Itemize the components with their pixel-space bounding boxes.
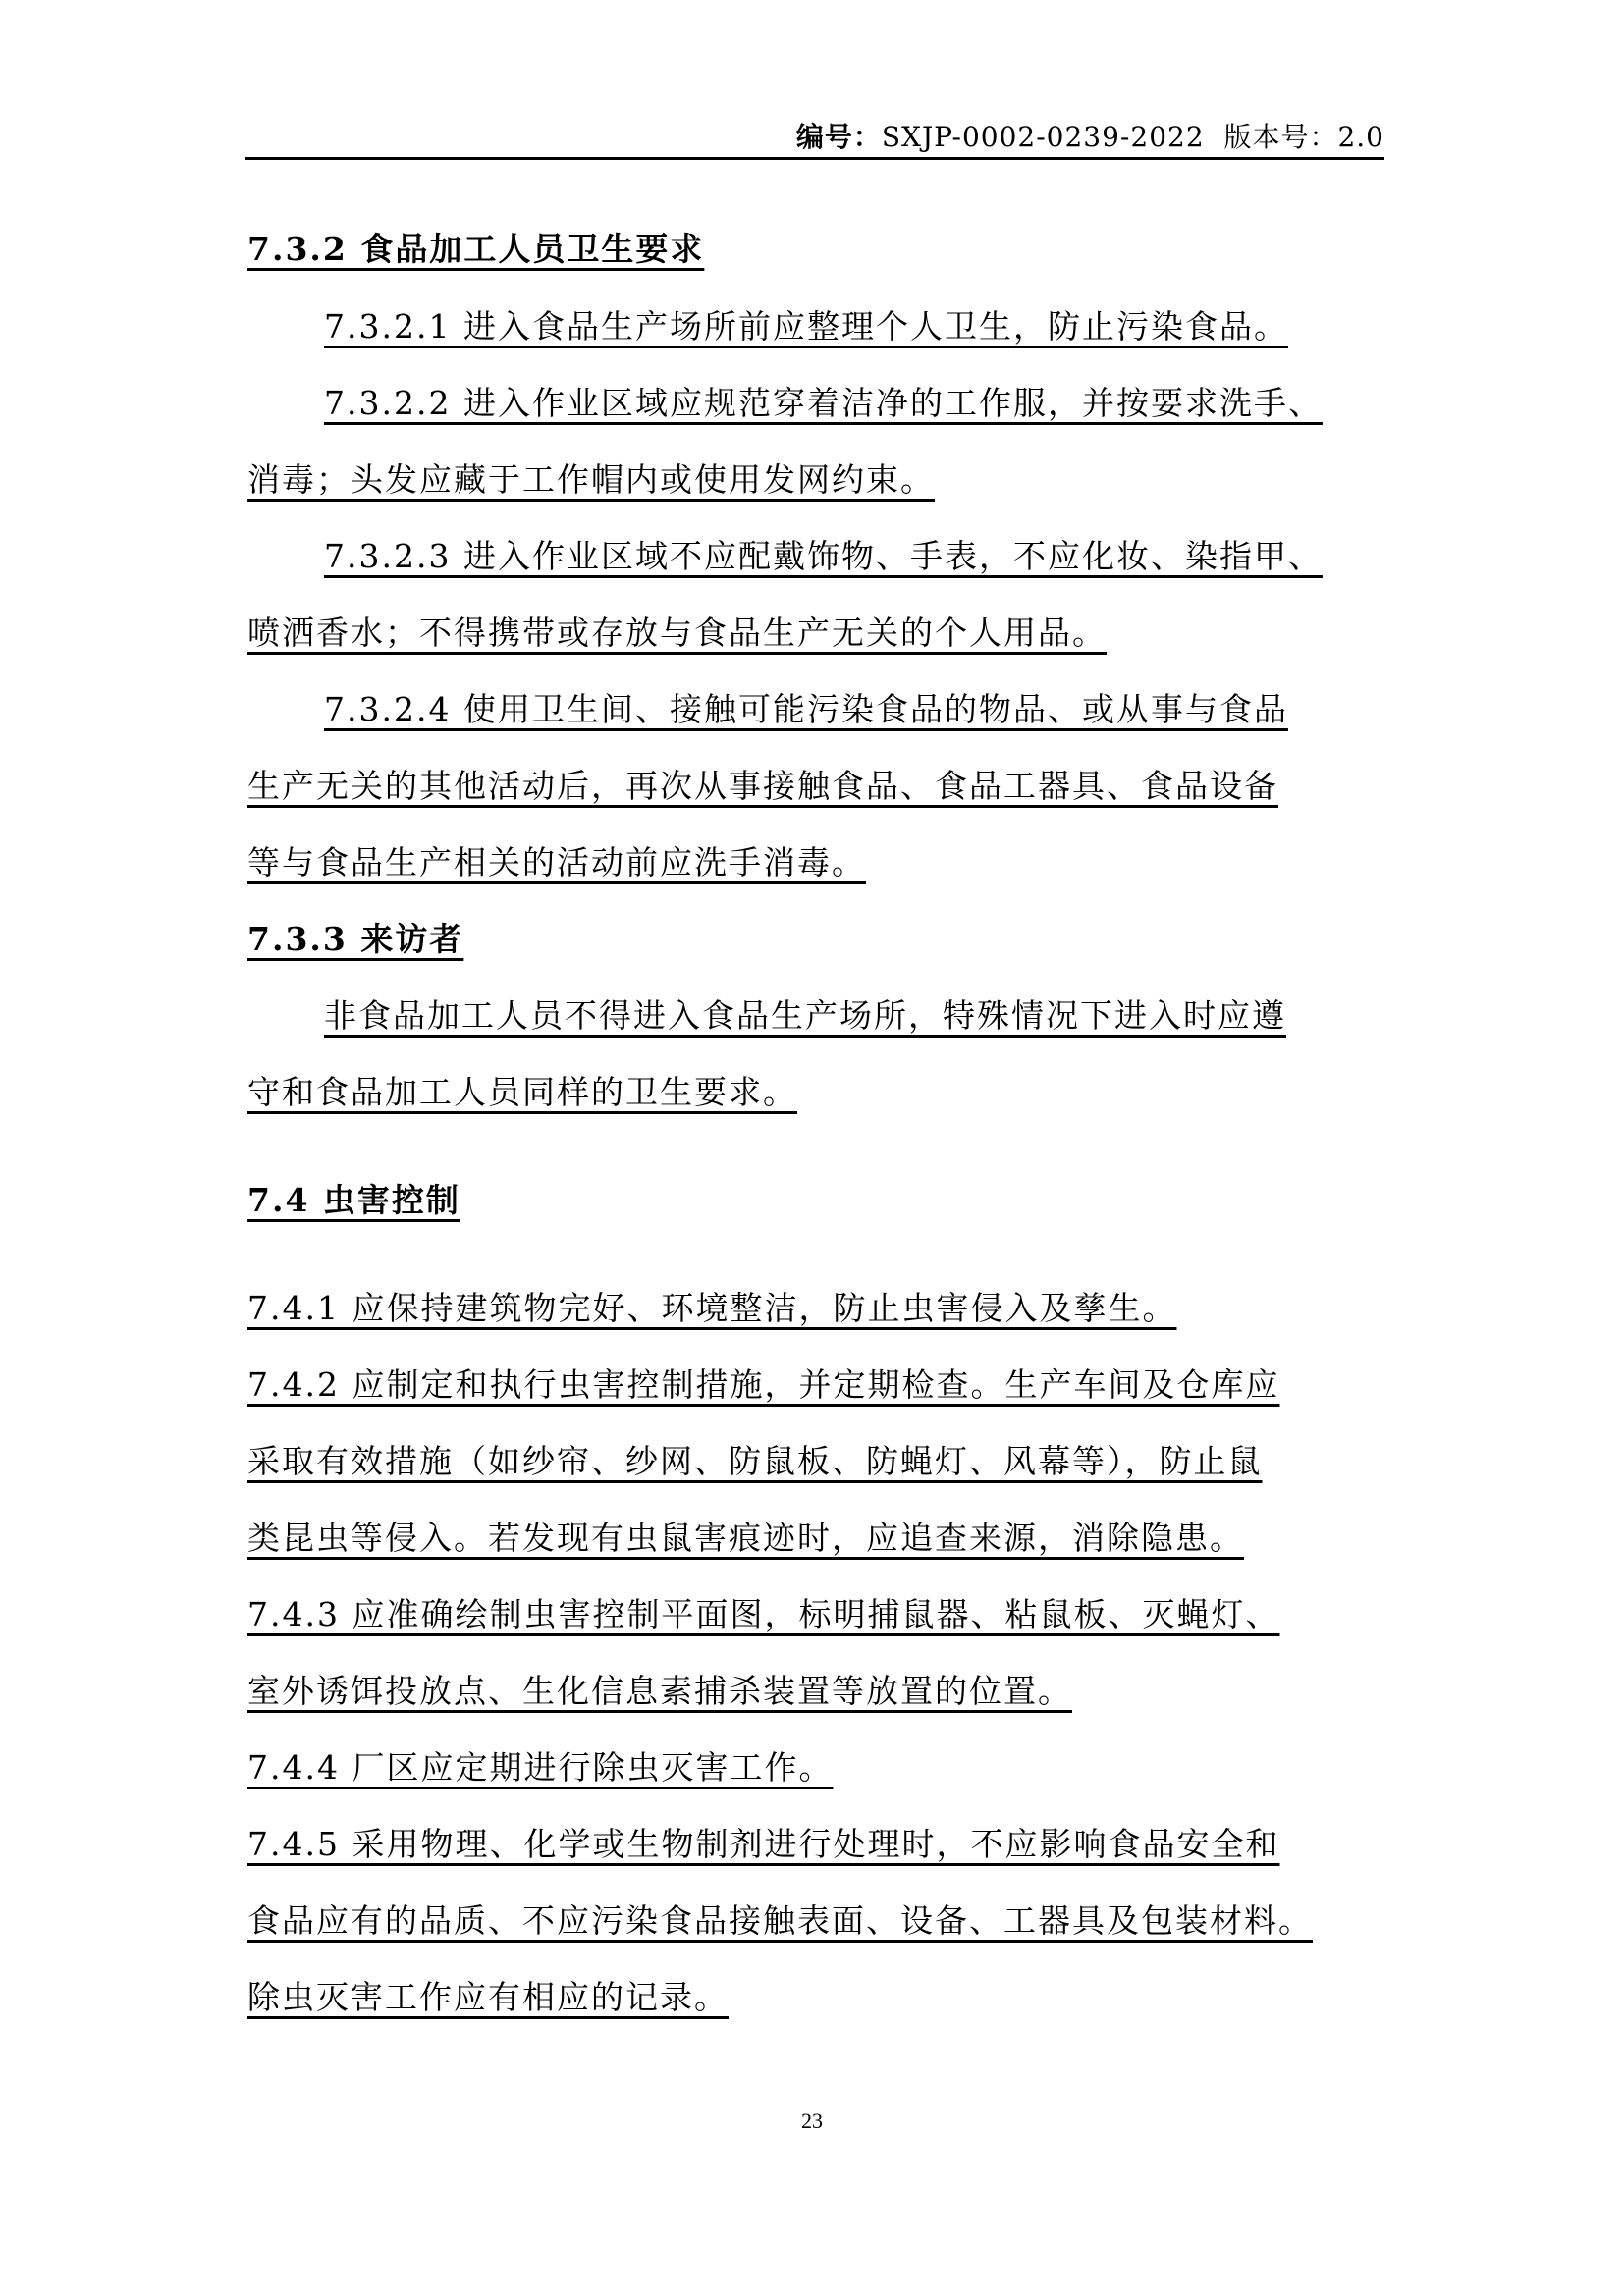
- text-line: 7.4.2 应制定和执行虫害控制措施，并定期检查。生产车间及仓库应: [247, 1360, 1279, 1406]
- text-line: 食品应有的品质、不应污染食品接触表面、设备、工器具及包装材料。: [247, 1896, 1313, 1942]
- page-number: 23: [0, 2109, 1624, 2134]
- text-line: 7.4.1 应保持建筑物完好、环境整洁，防止虫害侵入及孳生。: [247, 1283, 1176, 1329]
- text-line: 7.4.5 采用物理、化学或生物制剂进行处理时，不应影响食品安全和: [247, 1819, 1279, 1865]
- header-divider: [245, 157, 1384, 160]
- text-line: 生产无关的其他活动后，再次从事接触食品、食品工器具、食品设备: [247, 761, 1278, 807]
- text-line: 消毒；头发应藏于工作帽内或使用发网约束。: [247, 454, 935, 501]
- document-header: 编号：SXJP-0002-0239-2022 版本号：2.0: [245, 116, 1384, 155]
- text-line: 喷洒香水；不得携带或存放与食品生产无关的个人用品。: [247, 608, 1107, 654]
- version-number: 2.0: [1337, 121, 1384, 153]
- text-line: 等与食品生产相关的活动前应洗手消毒。: [247, 837, 866, 883]
- text-line: 7.3.2.4 使用卫生间、接触可能污染食品的物品、或从事与食品: [324, 684, 1288, 730]
- text-line: 类昆虫等侵入。若发现有虫鼠害痕迹时，应追查来源，消除隐患。: [247, 1513, 1244, 1559]
- section-heading: 7.4 虫害控制: [247, 1175, 460, 1221]
- text-line: 7.4.3 应准确绘制虫害控制平面图，标明捕鼠器、粘鼠板、灭蝇灯、: [247, 1589, 1279, 1635]
- text-line: 7.3.2.3 进入作业区域不应配戴饰物、手表，不应化妆、染指甲、: [324, 531, 1323, 577]
- version-label: 版本号：: [1223, 121, 1337, 153]
- text-line: 7.4.4 厂区应定期进行除虫灭害工作。: [247, 1742, 833, 1789]
- text-line: 非食品加工人员不得进入食品生产场所，特殊情况下进入时应遵: [324, 990, 1286, 1037]
- doc-number-label: 编号：: [796, 121, 882, 153]
- doc-number: SXJP-0002-0239-2022: [882, 121, 1205, 153]
- text-line: 除虫灭害工作应有相应的记录。: [247, 1972, 729, 2018]
- text-line: 7.3.2.1 进入食品生产场所前应整理个人卫生，防止污染食品。: [324, 301, 1288, 347]
- text-line: 采取有效措施（如纱帘、纱网、防鼠板、防蝇灯、风幕等），防止鼠: [247, 1436, 1263, 1482]
- text-line: 7.3.2.2 进入作业区域应规范穿着洁净的工作服，并按要求洗手、: [324, 378, 1323, 424]
- text-line: 守和食品加工人员同样的卫生要求。: [247, 1067, 797, 1113]
- section-heading: 7.3.2 食品加工人员卫生要求: [247, 224, 704, 270]
- section-heading: 7.3.3 来访者: [247, 914, 463, 960]
- text-line: 室外诱饵投放点、生化信息素捕杀装置等放置的位置。: [247, 1666, 1072, 1712]
